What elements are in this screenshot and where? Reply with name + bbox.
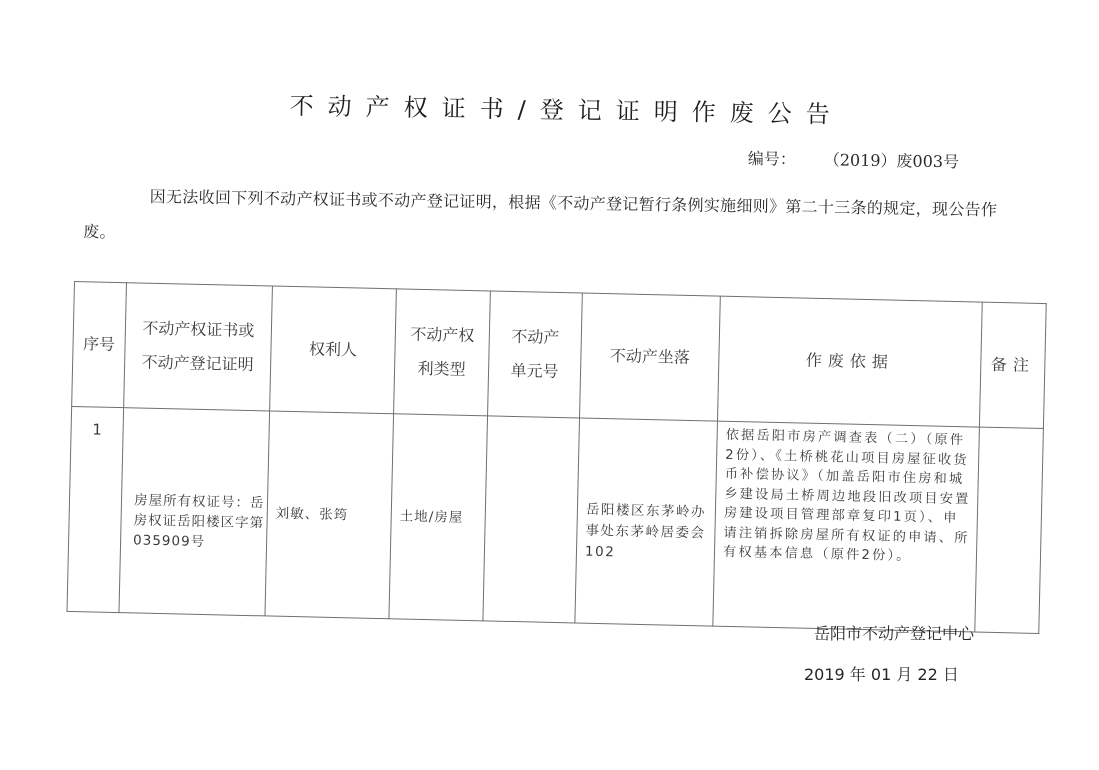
cell-certificate: 房屋所有权证号：岳房权证岳阳楼区字第035909号 <box>119 408 270 616</box>
document-title: 不动产权证书/登记证明作废公告 <box>289 86 844 130</box>
header-right-type: 不动产权利类型 <box>394 289 491 416</box>
cell-basis: 依据岳阳市房产调查表（二）（原件2份）、《土桥桃花山项目房屋征收货币补偿协议》（… <box>713 421 980 632</box>
header-unit-number: 不动产单元号 <box>488 291 583 418</box>
intro-paragraph: 因无法收回下列不动产权证书或不动产登记证明，根据《不动产登记暂行条例实施细则》第… <box>83 178 1024 265</box>
issuer-signature: 岳阳市不动产登记中心 <box>814 621 974 644</box>
cell-remark <box>975 427 1044 633</box>
header-location: 不动产坐落 <box>580 293 721 421</box>
document-number-value: （2019）废003号 <box>824 150 960 171</box>
document-number: 编号：（2019）废003号 <box>748 146 960 172</box>
header-index: 序号 <box>72 282 127 408</box>
header-certificate: 不动产权证书或不动产登记证明 <box>124 283 273 411</box>
cell-owner: 刘敏、张筠 <box>265 411 394 619</box>
cell-unit-number <box>483 416 580 623</box>
table-row: 1 房屋所有权证号：岳房权证岳阳楼区字第035909号 刘敏、张筠 土地/房屋 … <box>67 406 1043 633</box>
document-number-label: 编号： <box>748 149 796 169</box>
voided-certificates-table: 序号 不动产权证书或不动产登记证明 权利人 不动产权利类型 不动产单元号 不动产… <box>66 281 1046 634</box>
cell-right-type: 土地/房屋 <box>389 414 488 621</box>
issue-date: 2019 年 01 月 22 日 <box>804 662 959 685</box>
header-basis: 作废依据 <box>717 296 982 427</box>
header-remark: 备注 <box>979 302 1046 428</box>
cell-location: 岳阳楼区东茅岭办事处东茅岭居委会102 <box>575 418 718 626</box>
table-header-row: 序号 不动产权证书或不动产登记证明 权利人 不动产权利类型 不动产单元号 不动产… <box>72 282 1047 429</box>
header-owner: 权利人 <box>270 286 397 414</box>
cell-index: 1 <box>67 406 124 612</box>
announcement-page: 不动产权证书/登记证明作废公告 编号：（2019）废003号 因无法收回下列不动… <box>0 0 1099 770</box>
